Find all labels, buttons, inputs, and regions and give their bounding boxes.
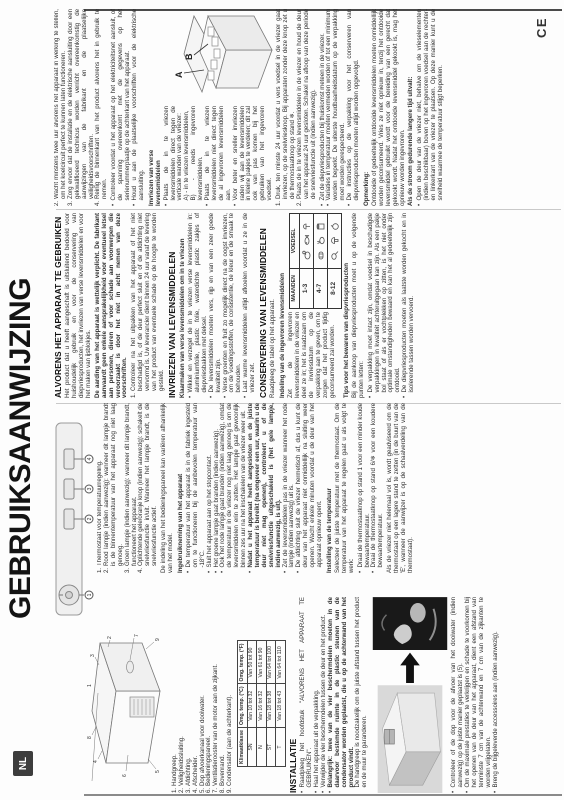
callout-number: 3	[87, 487, 93, 490]
list-item: 3.Zorg ervoor dat de installatie en de e…	[68, 9, 96, 206]
table-row: TVan 18 tot 43Van 64 tot 110	[276, 641, 286, 767]
storage-months-table: MAANDEN VOEDSEL 1-3 4-7	[289, 213, 342, 309]
preparing-steps: •Wikkel en verzegel de in te vriezen ver…	[188, 213, 257, 398]
section-heading-before-use: ALVORENS HET APPARAAT TE GEBRUIKEN	[54, 213, 63, 398]
list-item: •Breng de bijgeleverde accessoires aan (…	[493, 597, 500, 793]
list-item: •Variaties in temperatuur moeten vermede…	[326, 9, 347, 206]
tips-intro: Bij de aankoop van diepvriesproducten mo…	[352, 213, 366, 398]
freezer-corner-photo	[377, 685, 443, 793]
list-item: •Om de maximale prestaties te verkrijgen…	[465, 597, 493, 793]
intro-paragraph: Het product dat u heeft aangeschaft is u…	[65, 213, 93, 398]
temperature-intro: Selecteer de juiste temperatuur met de t…	[335, 403, 356, 573]
list-item: 4.Oplichtende gele/oranje knop (indien a…	[138, 403, 159, 573]
freezer-callout: 8	[87, 736, 93, 739]
list-item: •Voor beter en sneller invriezen raden w…	[233, 106, 274, 206]
subheading-startup: Ingebruikneming van het apparaat	[178, 403, 185, 573]
table-row: 4-7	[313, 214, 327, 309]
temperature-note: Als de vriezer niet helemaal vol is, wor…	[387, 403, 415, 573]
freezer-callout: 7	[134, 634, 140, 637]
section-heading-freezing: INVRIEZEN VAN LEVENSMIDDELEN	[168, 213, 177, 398]
electric-checks: •Controleer voordat u het apparaat op he…	[111, 9, 146, 206]
chicken-icon	[329, 250, 340, 261]
table-header: MAANDEN	[290, 268, 300, 308]
table-header: Omg. temp. (°F)	[238, 641, 248, 684]
scanned-manual-page: NL GEBRUIKSAANWIJZING CE 1 2	[0, 0, 564, 800]
list-item: •Raadpleeg het hoofdstuk "ALVORENS HET A…	[300, 597, 314, 793]
freezer-callout: 3	[90, 654, 96, 657]
table-row: NVan 16 tot 32Van 61 tot 90	[257, 641, 267, 767]
ice-cream-icon	[301, 221, 312, 232]
freezer-callout: 1	[87, 684, 93, 687]
list-item: •Zet de levensmiddelen pas in de vriezer…	[283, 403, 297, 573]
mushroom-icon	[329, 235, 340, 246]
list-item: B) - reeds ingevroren levensmiddelen.	[191, 106, 205, 206]
list-item: 2.Wacht minstens twee uur alvorens het a…	[54, 9, 68, 206]
climate-class-table: Klimaatklasse Omg. temp. (°C) Omg. temp.…	[237, 640, 286, 767]
list-item: •De temperatuur van het apparaat is in d…	[186, 403, 207, 573]
column-freezing-fresh: 2.Wacht minstens twee uur alvorens het a…	[54, 9, 562, 206]
check-steps: 1.Controleer na het uitpakken van het ap…	[131, 213, 166, 398]
freezer-callout: 4	[93, 760, 99, 763]
list-item: •Belangrijk: twee van de vier beschermde…	[328, 597, 356, 793]
table-header: Klimaatklasse	[238, 728, 248, 767]
note-label: Opmerking:	[364, 9, 371, 206]
fast-freeze-button-icon	[64, 449, 74, 469]
column-panel-startup: 1.Thermostaat voor temperatuurregeling.2…	[97, 403, 562, 573]
red-lamp-icon	[64, 509, 74, 529]
freezer-callout: 5	[155, 770, 161, 773]
freezer-parts-legend: 1.Handgreep.2.Veiligheidssluiting.3.Afdi…	[172, 597, 234, 793]
bread-icon	[315, 250, 326, 261]
green-lamp-icon	[64, 479, 74, 499]
list-item: •Draai de thermostaatknop op stand 6/❄ v…	[371, 403, 385, 573]
list-item: 9.Condensator (aan de achterkant).	[227, 597, 234, 793]
table-row: STVan 18 tot 38Van 64 tot 100	[266, 641, 276, 767]
list-item: •De levensmiddelen moeten vers, rijp en …	[209, 213, 223, 398]
freezer-callout: 2	[107, 636, 113, 639]
power-failure-label: Als de stroom gedurende langere tijd uit…	[408, 9, 415, 206]
frozen-product-rules: •Zet de diepvriesproducten bij thuiskoms…	[320, 9, 361, 206]
column-divider	[56, 209, 561, 210]
power-failure-steps: •Open de deur van de vriezer niet, behal…	[417, 9, 445, 206]
list-item: •Controleer voordat u het apparaat op he…	[111, 9, 132, 206]
list-item: •De afdichting sluit de vriezer hermetis…	[296, 403, 324, 573]
page-title: GEBRUIKSAANWIJZING	[4, 278, 38, 619]
open-freezer-diagram: A B	[172, 10, 286, 104]
subheading-freezing-fresh: Invriezen van verse levensmiddelen	[149, 106, 163, 206]
arrow-right-icon	[399, 652, 421, 683]
table-row: SNVan 10 tot 32Van 50 tot 90	[247, 641, 257, 767]
label-b: B	[184, 53, 194, 60]
column-installation: 1 2 3 4 5 6 7 8 9 1.Handgreep.2.Veilighe…	[84, 597, 562, 793]
section-heading-installatie: INSTALLATIE	[289, 597, 298, 793]
callout-number: 2	[87, 517, 93, 520]
installation-steps: •Raadpleeg het hoofdstuk "ALVORENS HET A…	[300, 597, 369, 793]
chest-freezer-diagram: 1 2 3 4 5 6 7 8 9	[84, 631, 169, 781]
fish-icon	[301, 235, 312, 246]
list-item: •De verpakking moet intact zijn, omdat v…	[368, 213, 403, 398]
table-header: VOEDSEL	[290, 214, 300, 269]
list-item: De handgreep is noodzakelijk om de juist…	[355, 597, 369, 793]
freezer-callout: 6	[122, 774, 128, 777]
subheading-classification: Indeling van de ingevroren levensmiddele…	[280, 213, 287, 398]
list-item: 4.Reinig de binnenkant van het product a…	[95, 9, 109, 206]
label-a: A	[174, 71, 184, 78]
subheading-tips: Tips voor het bewaren van diepvriesprodu…	[344, 213, 351, 398]
note-paragraph: Ontdooide of gedeeltelijk ontdooide leve…	[372, 9, 407, 206]
list-item: •De diepvriesproducten moeten als laatst…	[402, 213, 416, 398]
startup-steps: •De temperatuur van het apparaat is in d…	[186, 403, 324, 573]
installation-notes: •Controleer of de dop voor de afvoer van…	[451, 597, 499, 793]
list-item: •Ook het rode lampje gaat branden (indie…	[220, 403, 248, 573]
table-row: 8-12	[327, 214, 341, 309]
control-panel-diagram: 1 2 3 4	[50, 419, 96, 617]
canned-food-icon	[315, 221, 326, 232]
page-edge-left	[84, 794, 562, 796]
list-item: 2.Rood lampje (indien aanwezig): wanneer…	[104, 403, 125, 573]
list-item: •Nadat u het apparaat heeft aangesloten …	[248, 403, 283, 573]
list-item: •Laat warme levensmiddelen altijd afkoel…	[243, 213, 257, 398]
before-use-steps: 2.Wacht minstens twee uur alvorens het a…	[54, 9, 109, 206]
temperature-steps: •Draai de thermostaatknop op stand 1 voo…	[358, 403, 386, 573]
table-header: Omg. temp. (°C)	[238, 684, 248, 728]
freezer-callout: 9	[155, 638, 161, 641]
poultry-icon	[301, 250, 312, 261]
panel-note: De indeling van het bedieningspaneel kan…	[161, 403, 175, 573]
freezing-fresh-steps: •Plaats de in te vriezen levensmiddelen …	[164, 106, 275, 206]
list-item: 3.Groen lampje (indien aanwezig): wannee…	[125, 403, 139, 573]
spacer-closeup-photo	[372, 597, 448, 650]
grounding-warning: De aarding van het apparaat is wettelijk…	[95, 213, 130, 398]
spacer-photos	[372, 597, 448, 793]
column-before-use: ALVORENS HET APPARAAT TE GEBRUIKEN Het p…	[54, 213, 562, 398]
callout-number: 4	[87, 457, 93, 460]
table-row: 1-3	[299, 214, 313, 309]
list-item: •De instructies op de verpakking voor he…	[347, 9, 361, 206]
list-item: •Plaats de in te vriezen levensmiddelen …	[164, 106, 185, 206]
list-item: •Controleer of de dop voor de afvoer van…	[451, 597, 465, 793]
fruit-icon	[329, 221, 340, 232]
list-item: •Plaats de in te vriezen levensmiddelen …	[205, 106, 233, 206]
list-item: •Open de deur van de vriezer niet, behal…	[417, 9, 445, 206]
subheading-temperature: Instelling van de temperatuur	[327, 403, 334, 573]
hare-icon	[315, 235, 326, 246]
storage-intro: Raadpleeg de tabel op het apparaat.	[270, 213, 277, 398]
rotated-page: NL GEBRUIKSAANWIJZING CE 1 2	[0, 0, 564, 800]
list-item: 1.Controleer na het uitpakken van het ap…	[131, 213, 166, 398]
list-item: •Verse groenten en fruit zo mogelijk dir…	[223, 213, 244, 398]
subheading-preparing: Klaarmaken van verse levensmiddelen om i…	[180, 213, 187, 398]
section-heading-storage: CONSERVERING VAN LEVENSMIDDELEN	[259, 213, 268, 398]
list-item: 2.Plaats de in te vriezen levensmiddelen…	[297, 9, 318, 206]
tips-list: •De verpakking moet intact zijn, omdat v…	[368, 213, 416, 398]
list-item: •Wikkel en verzegel de in te vriezen ver…	[188, 213, 209, 398]
callout-number: 1	[87, 593, 93, 596]
list-item: •Houd u aan de plaatselijke voorschrifte…	[132, 9, 146, 206]
list-item: •Draai de thermostaatknop op stand 1 voo…	[358, 403, 372, 573]
panel-legend: 1.Thermostaat voor temperatuurregeling.2…	[97, 403, 159, 573]
language-badge: NL	[13, 751, 33, 776]
